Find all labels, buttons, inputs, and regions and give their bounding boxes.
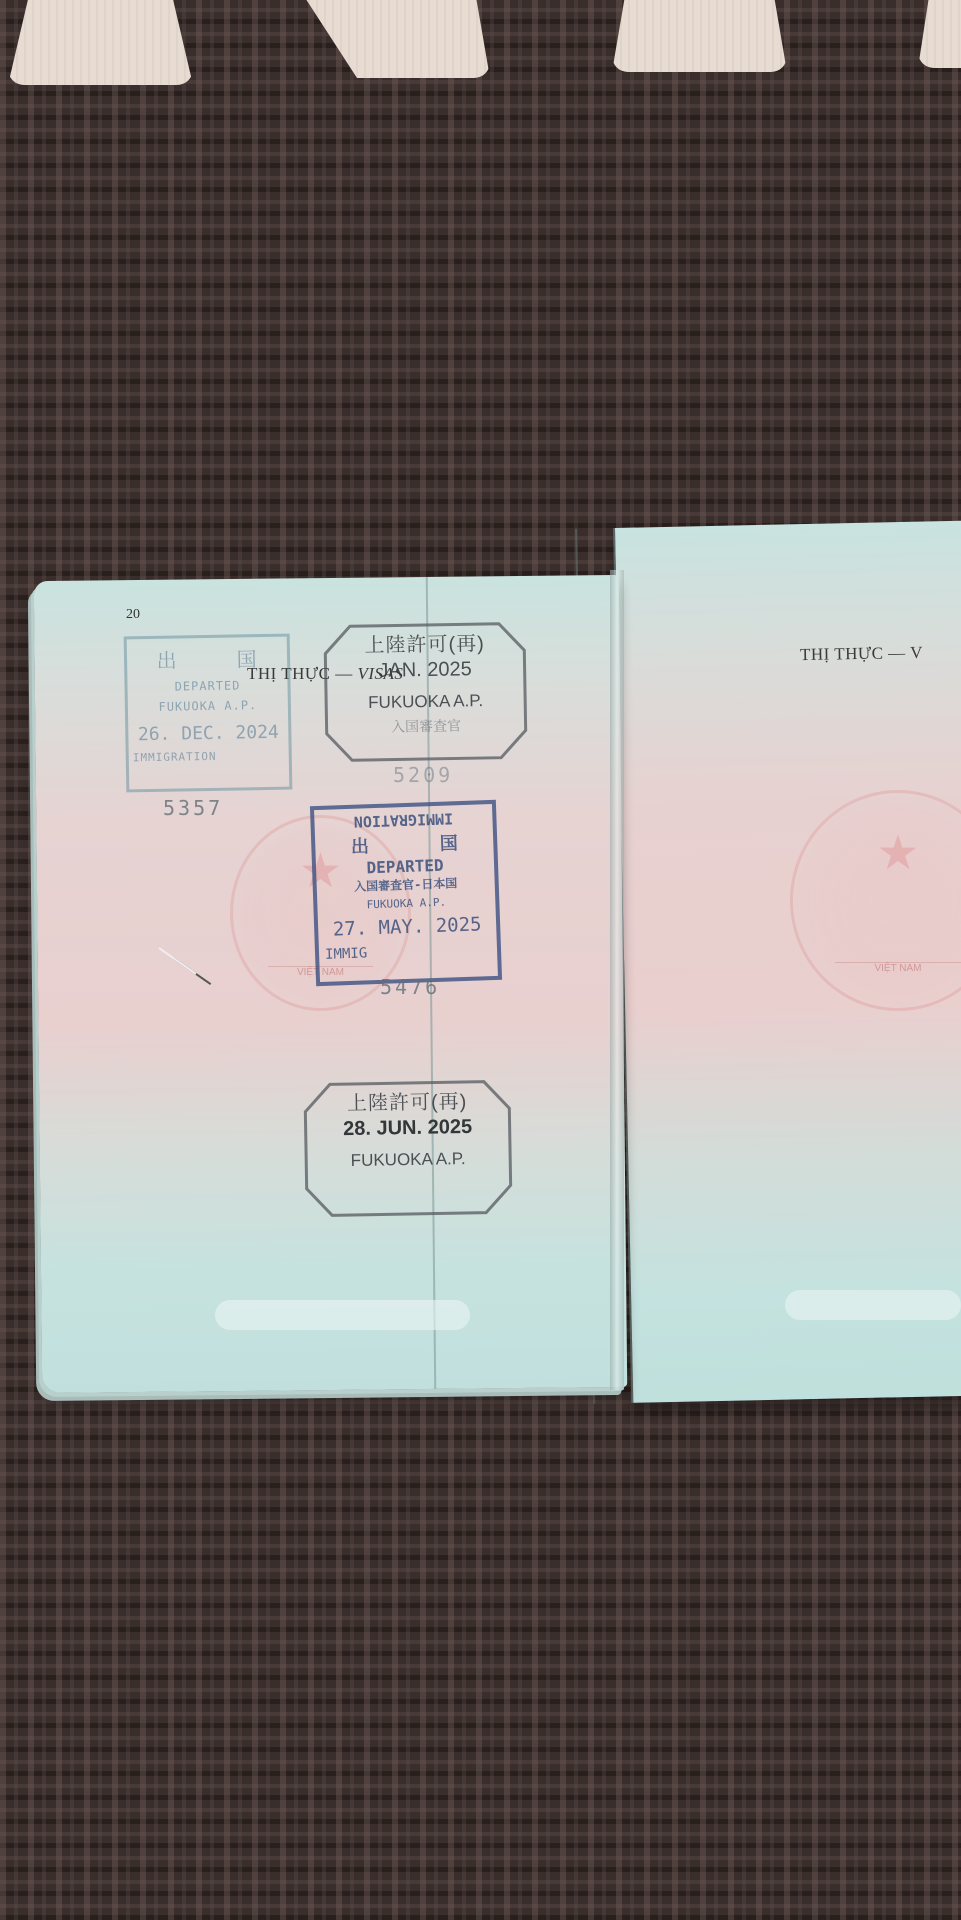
cloud-watermark (785, 1290, 961, 1320)
departure-stamp-may-2025: IMMIGRATION 出 国 DEPARTED 入国審査官-日本国 FUKUO… (310, 800, 502, 986)
stamp-location: FUKUOKA A.P. (128, 698, 288, 715)
title-prefix: THỊ THỰC — (247, 664, 353, 683)
stamp-kanji: 上陸許可(再) (322, 626, 527, 659)
departure-stamp-dec-2024: 出 国 DEPARTED FUKUOKA A.P. 26. DEC. 2024 … (124, 634, 293, 793)
reentry-stamp-jun-2025: 上陸許可(再) 28. JUN. 2025 FUKUOKA A.P. (302, 1078, 514, 1219)
visa-page-title-right: THỊ THỰC — V (800, 643, 923, 665)
visa-page-title: THỊ THỰC — VISAS (247, 664, 403, 684)
stamp-kanji: 国 (439, 829, 458, 856)
stamp-footer: IMMIGRATION (133, 749, 289, 765)
emblem-banner: VIỆT NAM (835, 962, 961, 974)
stamp-serial: 5357 (163, 796, 223, 820)
stamp-date: 27. MAY. 2025 (318, 913, 497, 941)
stamp-date: 28. JUN. 2025 (302, 1115, 512, 1142)
stamp-kanji: 出 (350, 832, 369, 859)
stamp-location: FUKUOKA A.P. (303, 1148, 513, 1172)
stamp-location: FUKUOKA A.P. (317, 894, 495, 913)
passport: ★ VIỆT NAM ★ VIỆT NAM 20 出 国 DEPARTED FU… (0, 0, 961, 1920)
stamp-serial: 5209 (393, 763, 453, 787)
stamp-date: 26. DEC. 2024 (128, 722, 288, 746)
stamp-footer: IMMIG (325, 941, 497, 963)
stamp-location: FUKUOKA A.P. (323, 690, 528, 714)
stamp-sub: 入国審査官 (323, 714, 528, 738)
stamp-serial: 5476 (380, 975, 440, 999)
passport-gutter (610, 570, 624, 1390)
stamp-kanji: 出 (156, 645, 178, 674)
page-number: 20 (126, 607, 140, 623)
cloud-watermark (215, 1300, 470, 1330)
stamp-kanji: 上陸許可(再) (302, 1084, 512, 1117)
title-suffix: VISAS (357, 664, 403, 683)
star-icon: ★ (876, 825, 919, 881)
reentry-stamp-jan-2025: 上陸許可(再) JAN. 2025 FUKUOKA A.P. 入国審査官 (322, 620, 529, 764)
